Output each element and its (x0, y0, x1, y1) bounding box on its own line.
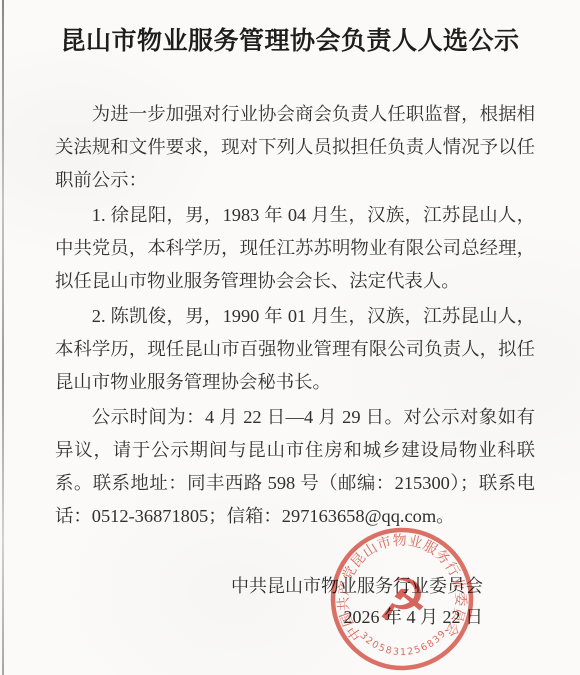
scan-edge-artifact (2, 0, 4, 675)
issue-date: 2026 年 4 月 22 日 (231, 602, 483, 633)
signature-block: 中共昆山市物业服务行业委员会 2026 年 4 月 22 日 (231, 571, 483, 633)
intro-paragraph: 为进一步加强对行业协会商会负责人任职监督，根据相关法规和文件要求，现对下列人员拟… (55, 98, 535, 197)
scanned-announcement-page: 昆山市物业服务管理协会负责人人选公示 为进一步加强对行业协会商会负责人任职监督，… (0, 0, 580, 675)
candidate-2-paragraph: 2. 陈凯俊，男，1990 年 01 月生，汉族，江苏昆山人，本科学历，现任昆山… (55, 300, 535, 399)
document-body: 为进一步加强对行业协会商会负责人任职监督，根据相关法规和文件要求，现对下列人员拟… (0, 98, 580, 533)
contact-paragraph: 公示时间为：4 月 22 日—4 月 29 日。对公示对象如有异议，请于公示期间… (55, 401, 535, 533)
page-title: 昆山市物业服务管理协会负责人人选公示 (0, 0, 580, 58)
candidate-1-paragraph: 1. 徐昆阳，男，1983 年 04 月生，汉族，江苏昆山人，中共党员，本科学历… (55, 199, 535, 298)
issuing-organization: 中共昆山市物业服务行业委员会 (231, 571, 483, 602)
